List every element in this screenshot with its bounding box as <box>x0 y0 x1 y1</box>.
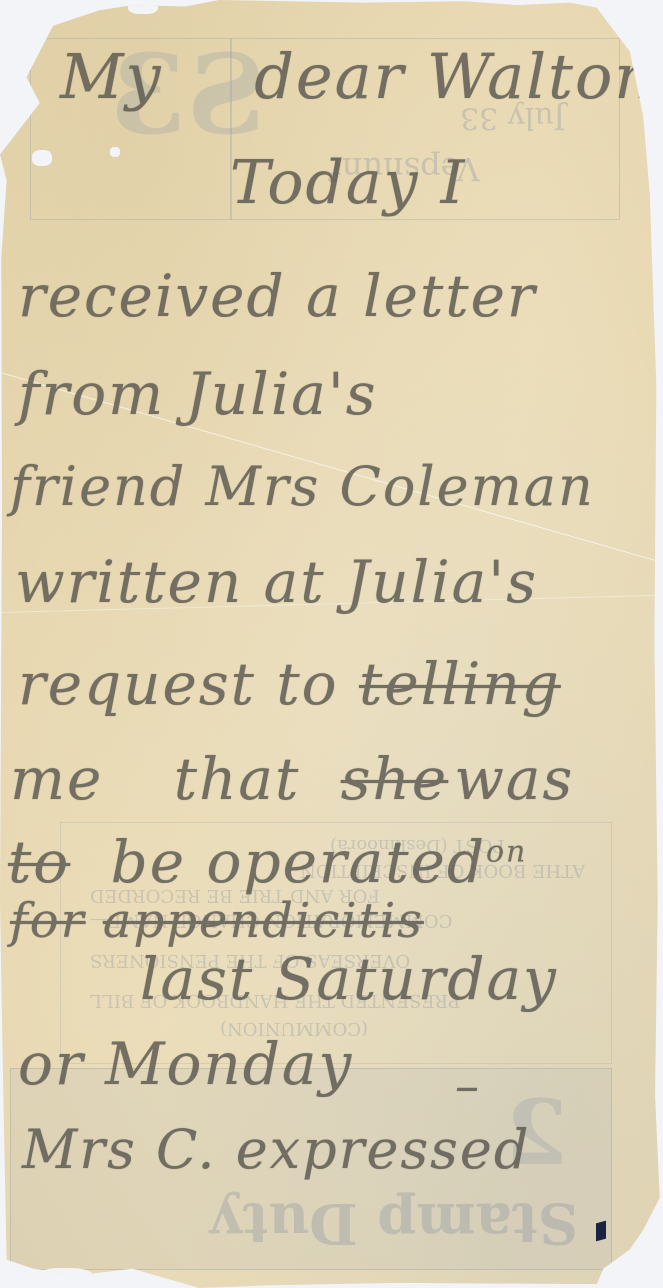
handwritten-line: request to telling <box>18 650 561 718</box>
handwritten-line: written at Julia's <box>15 548 538 616</box>
handwritten-word: that <box>174 745 301 813</box>
torn-hole <box>32 150 52 166</box>
handwritten-word: was <box>454 745 574 813</box>
handwritten-line: Today I <box>230 148 466 218</box>
handwritten-line: friend Mrs Coleman <box>10 455 595 518</box>
struck-word: to <box>8 828 70 896</box>
handwritten-line: to be operatedon <box>8 828 527 896</box>
handwritten-word: be operated <box>111 828 486 896</box>
torn-hole <box>110 147 120 157</box>
handwritten-line: from Julia's <box>18 360 378 428</box>
handwritten-line: received a letter <box>18 262 537 330</box>
handwritten-word: me <box>10 745 103 813</box>
handwritten-line: last Saturday <box>140 945 558 1013</box>
handwritten-word: dear Walton <box>254 40 656 113</box>
letter-paper: S3 July 33 Vepsnunf POST (Deskinoora) AT… <box>0 0 663 1288</box>
struck-word: appendicitis <box>103 893 424 949</box>
struck-word: she <box>341 745 448 813</box>
handwritten-line: me that shewas <box>10 745 574 813</box>
handwritten-line: for appendicitis <box>10 893 424 949</box>
handwritten-line: or Monday <box>18 1030 353 1098</box>
struck-word: telling <box>359 650 561 718</box>
handwritten-line-salutation: My dear Walton <box>60 40 656 113</box>
dash-mark: – <box>455 1058 481 1114</box>
handwritten-line: Mrs C. expressed <box>22 1118 530 1181</box>
folded-corner-edge <box>596 1221 606 1242</box>
handwritten-word: My <box>60 40 163 113</box>
handwritten-word: request <box>18 650 256 718</box>
handwritten-word: on <box>486 835 527 870</box>
struck-word: for <box>10 893 86 949</box>
handwritten-word: to <box>276 650 338 718</box>
show-through-bottom-stamp-text: Stamp Duty <box>210 1190 578 1256</box>
